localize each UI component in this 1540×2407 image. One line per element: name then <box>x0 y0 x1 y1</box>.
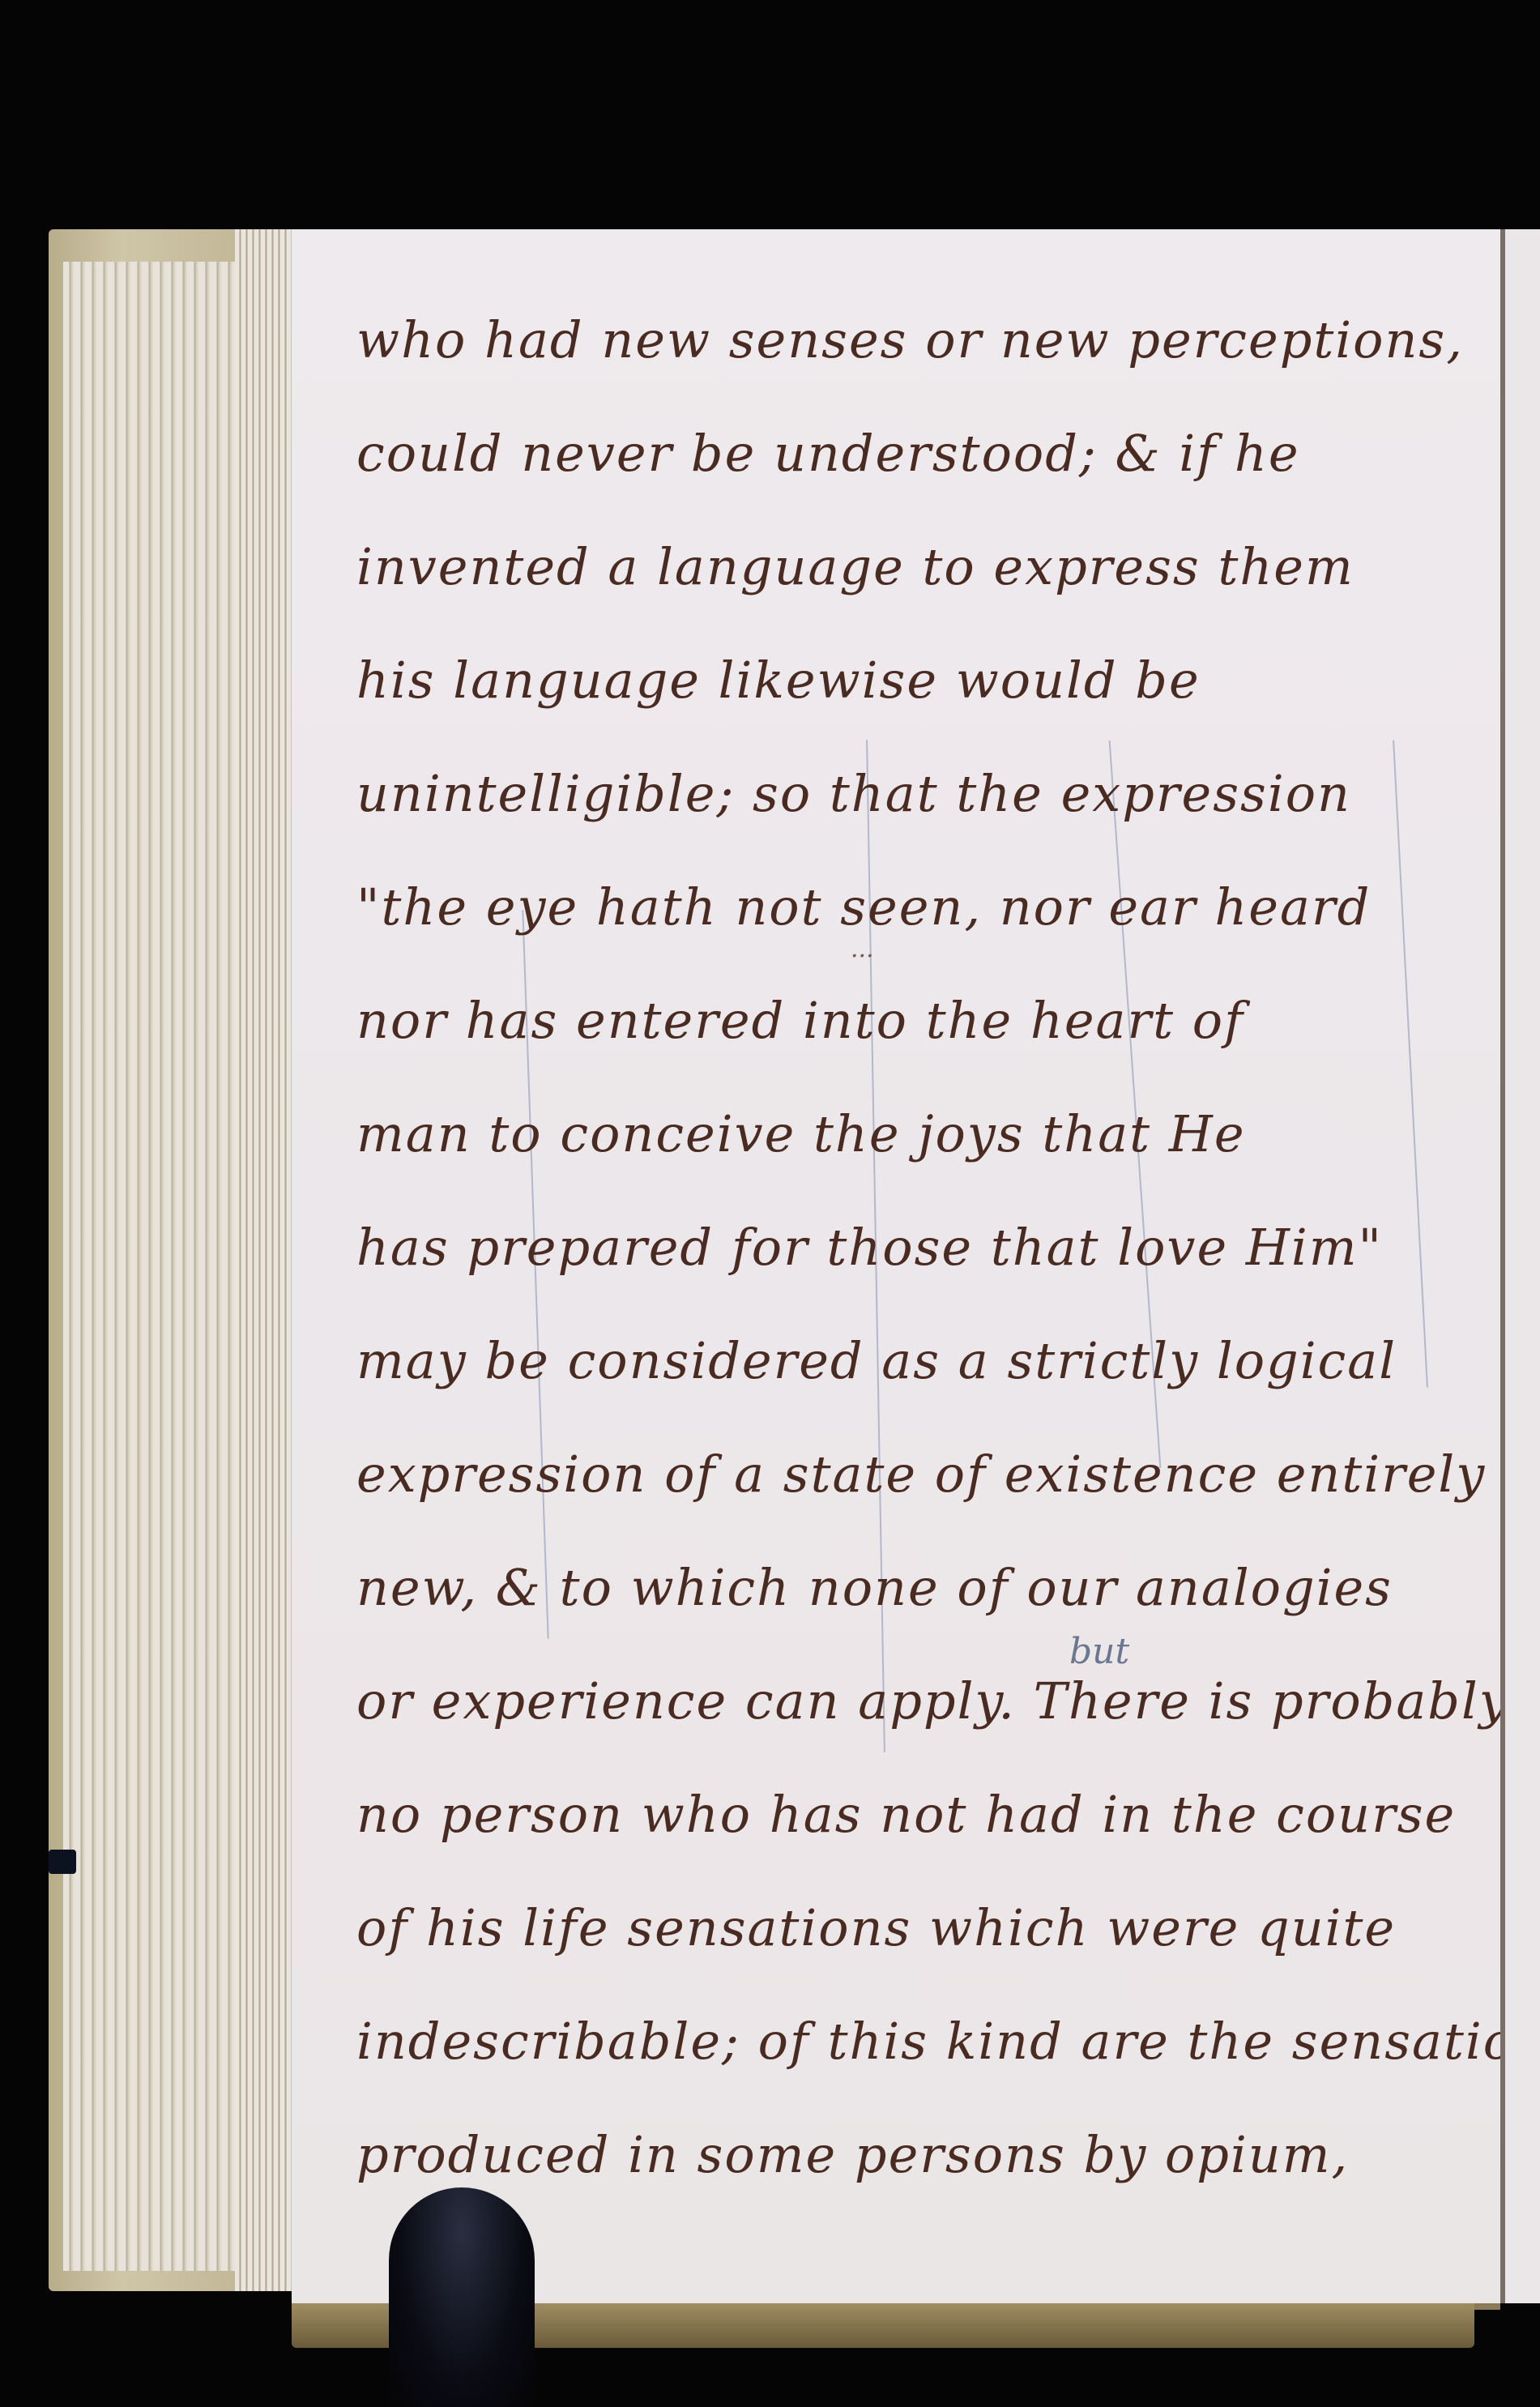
text-line-2: could never be understood; & if he <box>356 424 1491 483</box>
text-line-10: may be considered as a strictly logical <box>356 1331 1491 1390</box>
open-book: who had new senses or new perceptions, c… <box>49 229 1540 2336</box>
ink-blot: ··· <box>851 942 874 971</box>
text-line-12: new, & to which none of our analogies <box>356 1558 1491 1617</box>
text-line-11: expression of a state of existence entir… <box>356 1445 1491 1504</box>
pencil-mark <box>1393 740 1428 1387</box>
facing-page-edge <box>1505 229 1540 2303</box>
text-line-17: produced in some persons by opium, <box>356 2125 1491 2184</box>
text-line-6: "the eye hath not seen, nor ear heard <box>356 877 1491 937</box>
text-line-16: indescribable; of this kind are the sens… <box>356 2012 1491 2071</box>
text-line-4: his language likewise would be <box>356 651 1491 710</box>
thumb-holding-page <box>389 2187 535 2407</box>
text-line-1: who had new senses or new perceptions, <box>356 310 1491 369</box>
bookmark-ribbon <box>49 1850 76 1874</box>
text-line-5: unintelligible; so that the expression <box>356 764 1491 823</box>
text-line-14: no person who has not had in the course <box>356 1785 1491 1844</box>
text-line-9: has prepared for those that love Him" <box>356 1218 1491 1277</box>
pencil-insertion: but <box>1069 1631 1129 1672</box>
text-line-13: or experience can apply. There is probab… <box>356 1671 1491 1731</box>
manuscript-page: who had new senses or new perceptions, c… <box>292 229 1500 2310</box>
text-line-15: of his life sensations which were quite <box>356 1898 1491 1957</box>
text-line-7: nor has entered into the heart of <box>356 991 1491 1050</box>
text-line-3: invented a language to express them <box>356 537 1491 596</box>
text-line-8: man to conceive the joys that He <box>356 1104 1491 1163</box>
